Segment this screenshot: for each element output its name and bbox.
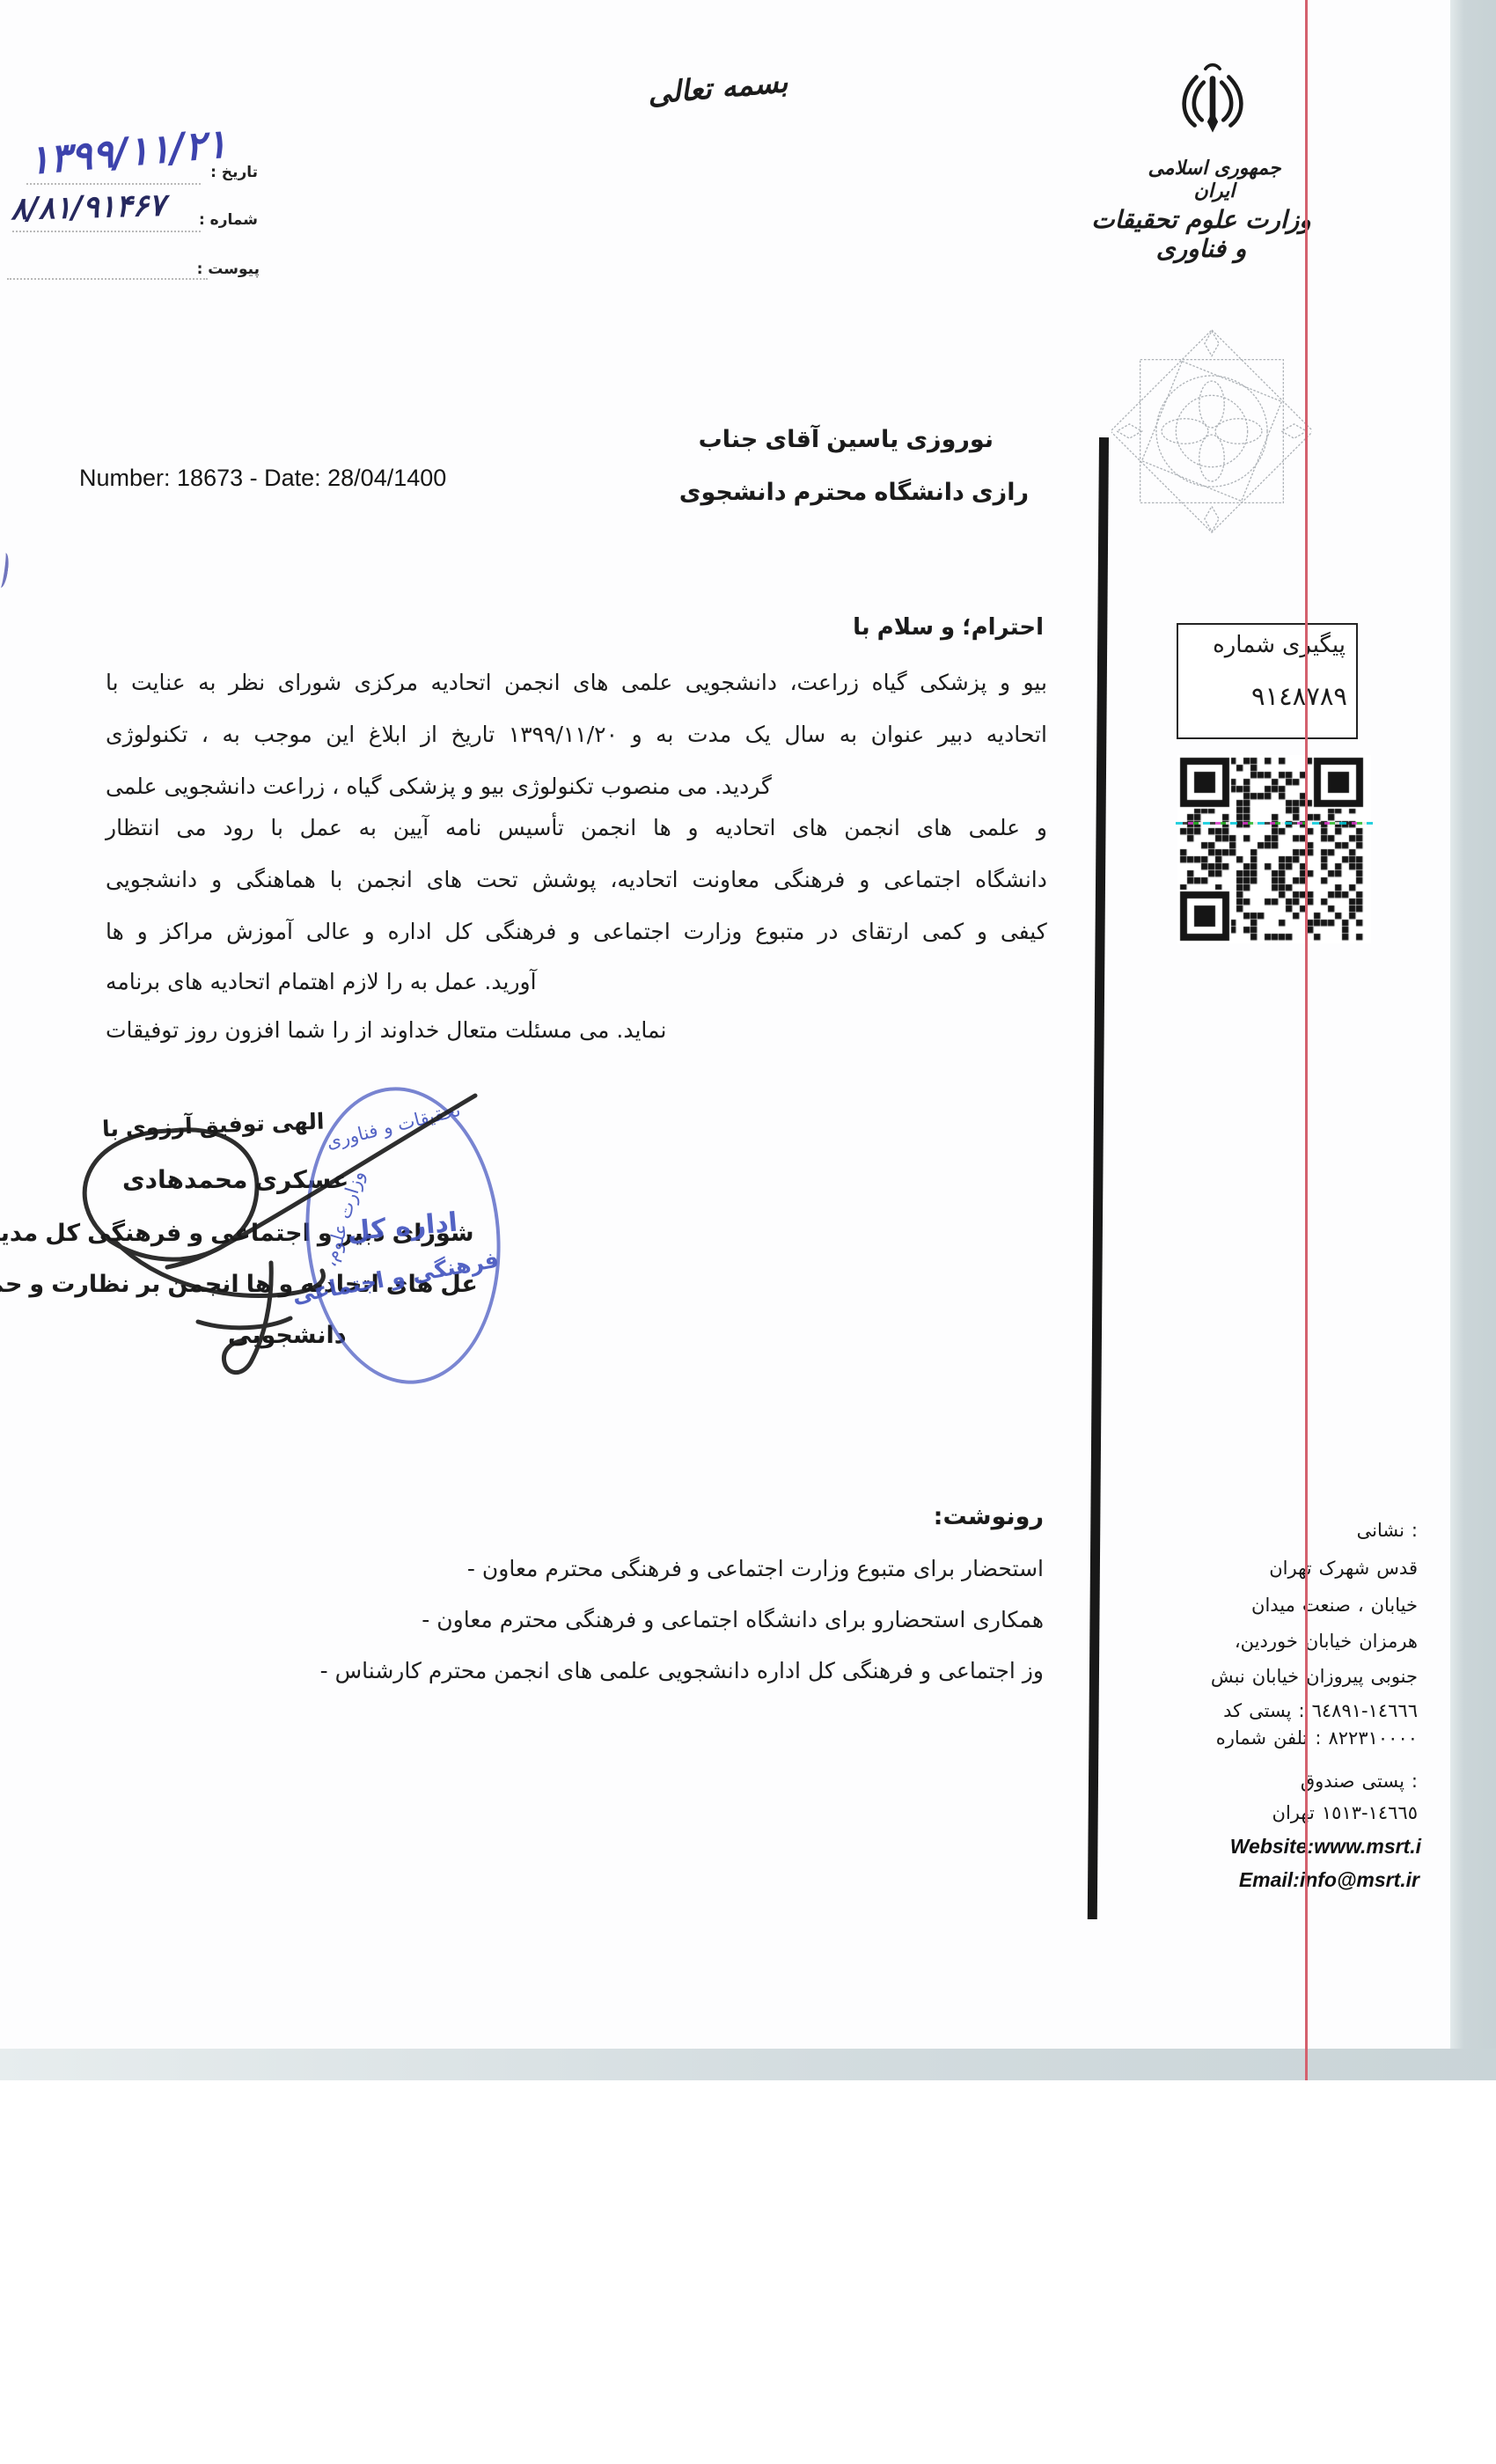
iran-emblem-icon xyxy=(1166,53,1259,155)
footer-email: Email:info@msrt.ir xyxy=(1239,1868,1419,1892)
cc-item: -معاونمحترمفرهنگیواجتماعیدانشگاهبرایاستح… xyxy=(418,1607,1047,1632)
footer-pobox: تهران١٤٦٦٥-١٥١٣ xyxy=(1269,1802,1421,1823)
tracking-number-box: شمارهپیگیری ٩١٤٨٧٨٩ xyxy=(1177,623,1358,739)
footer-address-line: میدانصنعت،خیابان xyxy=(1248,1595,1421,1616)
signature-scribble-icon xyxy=(0,1082,528,1412)
body-line: باعنایتبهنظرشورایمرکزیاتحادیهانجمنهایعلم… xyxy=(106,670,1047,695)
footer-postal-code: کدپستی:١٤٦٦٦-٦٤٨٩١ xyxy=(1220,1700,1421,1721)
body-line: انتظارمیرودباعملبهآییننامهتأسیسانجمنهاوا… xyxy=(106,815,1047,840)
footer-website: Website:www.msrt.i xyxy=(1230,1835,1421,1859)
qr-scanline-artifact xyxy=(1176,822,1373,825)
tracking-label: شمارهپیگیری xyxy=(1209,632,1349,658)
footer-address-line: تهرانشهرکقدس xyxy=(1265,1558,1421,1579)
scanner-background-strip xyxy=(0,2049,1496,2080)
republic-title: جمهوری اسلامی ایران xyxy=(1126,157,1302,202)
scanner-background-band xyxy=(1450,0,1496,2080)
body-line: هاومراکزآموزشعالیوادارهکلفرهنگیواجتماعیو… xyxy=(106,919,1047,944)
footer-phone: شمارهتلفن:٨٢٢٣١٠٠٠٠ xyxy=(1213,1727,1421,1749)
cc-heading: رونوشت: xyxy=(930,1503,1047,1530)
cc-item: -معاونمحترمفرهنگیواجتماعیوزارتمتبوعبرایا… xyxy=(464,1556,1047,1581)
ministry-title: وزارت علوم تحقیقات و فناوری xyxy=(1091,205,1311,263)
body-line: برنامههایاتحادیهاهتماملازمرابهعملآورید. xyxy=(102,969,540,994)
footer-address-label: نشانی: xyxy=(1353,1520,1421,1541)
body-line: تکنولوژی،بهموجباینابلاغازتاریخ۱۳۹۹/۱۱/۲۰… xyxy=(106,722,1047,747)
cc-item: -کارشناسمحترمانجمنهایعلمیدانشجوییادارهکل… xyxy=(317,1658,1047,1683)
document-page: بسمه تعالی جمهوری اسلامی ایران وزارت علو… xyxy=(0,0,1496,2464)
salutation: باسلامواحترام؛ xyxy=(849,614,1047,641)
footer-address-line: خوردین،خیابانهرمزان xyxy=(1231,1631,1421,1652)
footer-address-line: نبشخیابانپیروزانجنوبی xyxy=(1207,1666,1421,1687)
number-value-handwritten: ۸/۸۱/۹۱۴۶۷ xyxy=(11,188,166,228)
attachment-leader-line xyxy=(7,259,208,280)
recipient-name: جنابآقاییاسیننوروزی xyxy=(695,426,997,453)
number-label: شماره : xyxy=(199,211,258,229)
qr-code xyxy=(1177,755,1371,943)
body-line: دانشجوییوهماهنگیباانجمنهایتحتپوششاتحادیه… xyxy=(106,867,1047,892)
red-margin-line xyxy=(1305,0,1308,2080)
recipient-role: دانشجویمحترمدانشگاهرازی xyxy=(676,479,1032,506)
body-line: توفیقاتروزافزونشماراازخداوندمتعالمسئلتمی… xyxy=(102,1017,670,1043)
tracking-number: ٩١٤٨٧٨٩ xyxy=(1251,681,1347,711)
reference-number-line: Number: 18673 - Date: 28/04/1400 xyxy=(79,465,446,492)
footer-pobox-label: صندوقپستی: xyxy=(1297,1771,1421,1792)
ornament-medallion-icon xyxy=(1111,326,1312,540)
body-line: علمیدانشجوییزراعت،گیاهپزشکیوبیوتکنولوژیم… xyxy=(102,774,775,799)
